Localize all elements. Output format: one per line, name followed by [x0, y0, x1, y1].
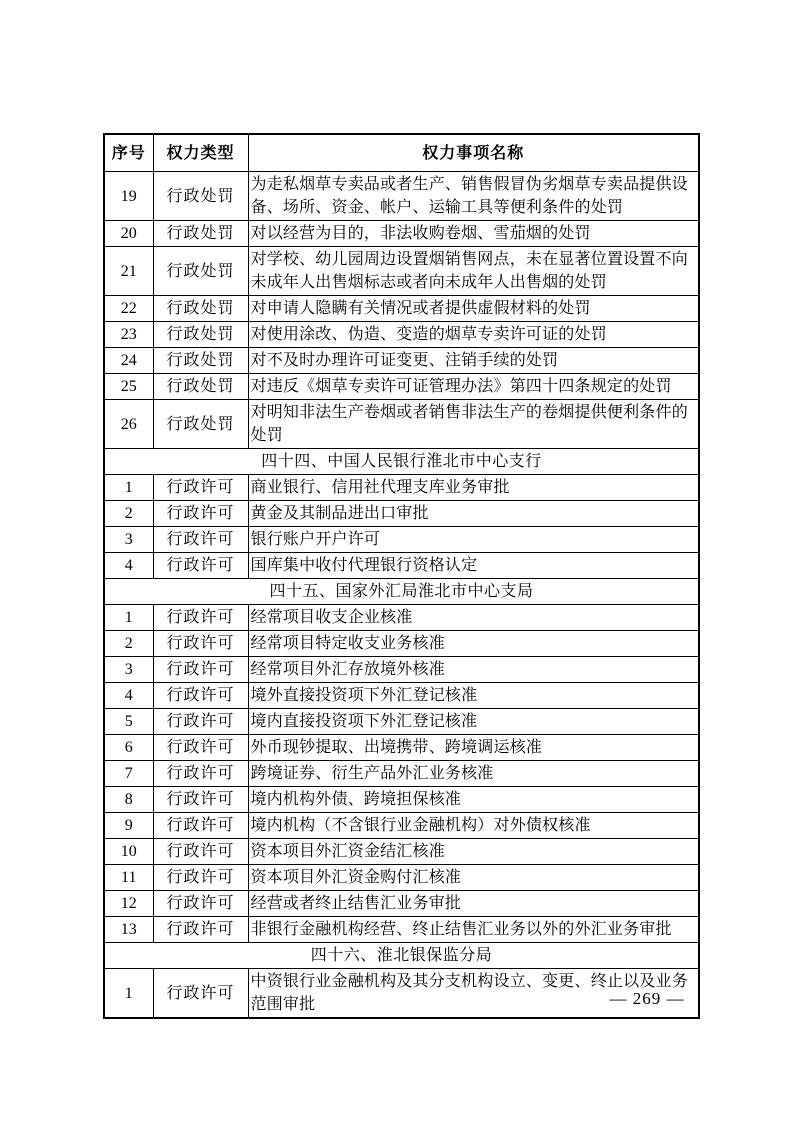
cell-num: 1 [104, 475, 153, 501]
powers-table: 序号 权力类型 权力事项名称 19行政处罚为走私烟草专卖品或者生产、销售假冒伪劣… [103, 133, 700, 1019]
cell-type: 行政许可 [153, 761, 248, 787]
table-row: 8行政许可境内机构外债、跨境担保核准 [104, 787, 699, 813]
table-body: 19行政处罚为走私烟草专卖品或者生产、销售假冒伪劣烟草专卖品提供设备、场所、资金… [104, 172, 699, 1019]
cell-type: 行政许可 [153, 527, 248, 553]
table-row: 6行政许可外币现钞提取、出境携带、跨境调运核准 [104, 735, 699, 761]
cell-name: 经常项目特定收支业务核准 [248, 631, 699, 657]
cell-type: 行政许可 [153, 501, 248, 527]
cell-num: 21 [104, 247, 153, 296]
cell-num: 13 [104, 917, 153, 943]
cell-type: 行政许可 [153, 839, 248, 865]
cell-type: 行政许可 [153, 787, 248, 813]
cell-type: 行政处罚 [153, 374, 248, 400]
cell-num: 4 [104, 683, 153, 709]
cell-name: 对违反《烟草专卖许可证管理办法》第四十四条规定的处罚 [248, 374, 699, 400]
cell-name: 经常项目收支企业核准 [248, 605, 699, 631]
cell-num: 24 [104, 348, 153, 374]
cell-name: 资本项目外汇资金购付汇核准 [248, 865, 699, 891]
cell-num: 2 [104, 501, 153, 527]
cell-name: 经营或者终止结售汇业务审批 [248, 891, 699, 917]
cell-type: 行政处罚 [153, 221, 248, 247]
cell-type: 行政许可 [153, 917, 248, 943]
cell-num: 1 [104, 969, 153, 1019]
cell-name: 对以经营为目的，非法收购卷烟、雪茄烟的处罚 [248, 221, 699, 247]
table-row: 7行政许可跨境证券、衍生产品外汇业务核准 [104, 761, 699, 787]
cell-name: 资本项目外汇资金结汇核准 [248, 839, 699, 865]
cell-name: 对申请人隐瞒有关情况或者提供虚假材料的处罚 [248, 296, 699, 322]
cell-type: 行政处罚 [153, 322, 248, 348]
cell-name: 黄金及其制品进出口审批 [248, 501, 699, 527]
table-row: 5行政许可境内直接投资项下外汇登记核准 [104, 709, 699, 735]
cell-num: 22 [104, 296, 153, 322]
cell-type: 行政许可 [153, 683, 248, 709]
cell-type: 行政许可 [153, 969, 248, 1019]
table-row: 13行政许可非银行金融机构经营、终止结售汇业务以外的外汇业务审批 [104, 917, 699, 943]
cell-name: 境内机构外债、跨境担保核准 [248, 787, 699, 813]
document-page: 序号 权力类型 权力事项名称 19行政处罚为走私烟草专卖品或者生产、销售假冒伪劣… [0, 0, 793, 1122]
table-row: 1行政许可经常项目收支企业核准 [104, 605, 699, 631]
cell-name: 为走私烟草专卖品或者生产、销售假冒伪劣烟草专卖品提供设备、场所、资金、帐户、运输… [248, 172, 699, 221]
cell-num: 26 [104, 400, 153, 449]
cell-num: 19 [104, 172, 153, 221]
header-row: 序号 权力类型 权力事项名称 [104, 134, 699, 172]
section-row: 四十四、中国人民银行淮北市中心支行 [104, 449, 699, 475]
cell-num: 23 [104, 322, 153, 348]
cell-type: 行政许可 [153, 891, 248, 917]
table-row: 26行政处罚对明知非法生产卷烟或者销售非法生产的卷烟提供便利条件的处罚 [104, 400, 699, 449]
section-row: 四十六、淮北银保监分局 [104, 943, 699, 969]
cell-type: 行政处罚 [153, 400, 248, 449]
table-row: 9行政许可境内机构（不含银行业金融机构）对外债权核准 [104, 813, 699, 839]
section-title: 四十四、中国人民银行淮北市中心支行 [104, 449, 699, 475]
cell-num: 3 [104, 527, 153, 553]
table-row: 20行政处罚对以经营为目的，非法收购卷烟、雪茄烟的处罚 [104, 221, 699, 247]
cell-type: 行政许可 [153, 813, 248, 839]
table-row: 23行政处罚对使用涂改、伪造、变造的烟草专卖许可证的处罚 [104, 322, 699, 348]
cell-num: 8 [104, 787, 153, 813]
table-row: 4行政许可国库集中收付代理银行资格认定 [104, 553, 699, 579]
cell-type: 行政许可 [153, 605, 248, 631]
cell-name: 商业银行、信用社代理支库业务审批 [248, 475, 699, 501]
cell-type: 行政许可 [153, 631, 248, 657]
cell-type: 行政处罚 [153, 247, 248, 296]
cell-num: 3 [104, 657, 153, 683]
table-row: 3行政许可银行账户开户许可 [104, 527, 699, 553]
cell-type: 行政许可 [153, 475, 248, 501]
table-row: 12行政许可经营或者终止结售汇业务审批 [104, 891, 699, 917]
cell-num: 10 [104, 839, 153, 865]
cell-name: 对学校、幼儿园周边设置烟销售网点，未在显著位置设置不向未成年人出售烟标志或者向未… [248, 247, 699, 296]
cell-num: 7 [104, 761, 153, 787]
section-title: 四十六、淮北银保监分局 [104, 943, 699, 969]
cell-type: 行政许可 [153, 657, 248, 683]
cell-name: 境内直接投资项下外汇登记核准 [248, 709, 699, 735]
section-title: 四十五、国家外汇局淮北市中心支局 [104, 579, 699, 605]
cell-name: 经常项目外汇存放境外核准 [248, 657, 699, 683]
header-cell-number: 序号 [104, 134, 153, 172]
table-row: 10行政许可资本项目外汇资金结汇核准 [104, 839, 699, 865]
table-row: 2行政许可经常项目特定收支业务核准 [104, 631, 699, 657]
cell-type: 行政许可 [153, 735, 248, 761]
table-row: 25行政处罚对违反《烟草专卖许可证管理办法》第四十四条规定的处罚 [104, 374, 699, 400]
cell-type: 行政许可 [153, 865, 248, 891]
cell-num: 6 [104, 735, 153, 761]
cell-name: 国库集中收付代理银行资格认定 [248, 553, 699, 579]
cell-name: 对使用涂改、伪造、变造的烟草专卖许可证的处罚 [248, 322, 699, 348]
section-row: 四十五、国家外汇局淮北市中心支局 [104, 579, 699, 605]
table-row: 3行政许可经常项目外汇存放境外核准 [104, 657, 699, 683]
cell-name: 境内机构（不含银行业金融机构）对外债权核准 [248, 813, 699, 839]
table-row: 21行政处罚对学校、幼儿园周边设置烟销售网点，未在显著位置设置不向未成年人出售烟… [104, 247, 699, 296]
cell-num: 2 [104, 631, 153, 657]
cell-type: 行政处罚 [153, 172, 248, 221]
header-cell-power-item-name: 权力事项名称 [248, 134, 699, 172]
cell-num: 11 [104, 865, 153, 891]
cell-name: 境外直接投资项下外汇登记核准 [248, 683, 699, 709]
cell-name: 对明知非法生产卷烟或者销售非法生产的卷烟提供便利条件的处罚 [248, 400, 699, 449]
table-row: 11行政许可资本项目外汇资金购付汇核准 [104, 865, 699, 891]
cell-name: 外币现钞提取、出境携带、跨境调运核准 [248, 735, 699, 761]
table-row: 4行政许可境外直接投资项下外汇登记核准 [104, 683, 699, 709]
cell-num: 5 [104, 709, 153, 735]
cell-name: 对不及时办理许可证变更、注销手续的处罚 [248, 348, 699, 374]
cell-name: 银行账户开户许可 [248, 527, 699, 553]
cell-num: 25 [104, 374, 153, 400]
table-row: 2行政许可黄金及其制品进出口审批 [104, 501, 699, 527]
cell-num: 9 [104, 813, 153, 839]
header-cell-power-type: 权力类型 [153, 134, 248, 172]
table-row: 1行政许可商业银行、信用社代理支库业务审批 [104, 475, 699, 501]
cell-type: 行政许可 [153, 553, 248, 579]
cell-type: 行政许可 [153, 709, 248, 735]
table-row: 19行政处罚为走私烟草专卖品或者生产、销售假冒伪劣烟草专卖品提供设备、场所、资金… [104, 172, 699, 221]
cell-name: 跨境证券、衍生产品外汇业务核准 [248, 761, 699, 787]
cell-type: 行政处罚 [153, 348, 248, 374]
page-number: — 269 — [597, 989, 697, 1009]
cell-num: 12 [104, 891, 153, 917]
cell-type: 行政处罚 [153, 296, 248, 322]
cell-num: 20 [104, 221, 153, 247]
cell-num: 1 [104, 605, 153, 631]
table-row: 24行政处罚对不及时办理许可证变更、注销手续的处罚 [104, 348, 699, 374]
cell-name: 非银行金融机构经营、终止结售汇业务以外的外汇业务审批 [248, 917, 699, 943]
cell-num: 4 [104, 553, 153, 579]
table-row: 22行政处罚对申请人隐瞒有关情况或者提供虚假材料的处罚 [104, 296, 699, 322]
